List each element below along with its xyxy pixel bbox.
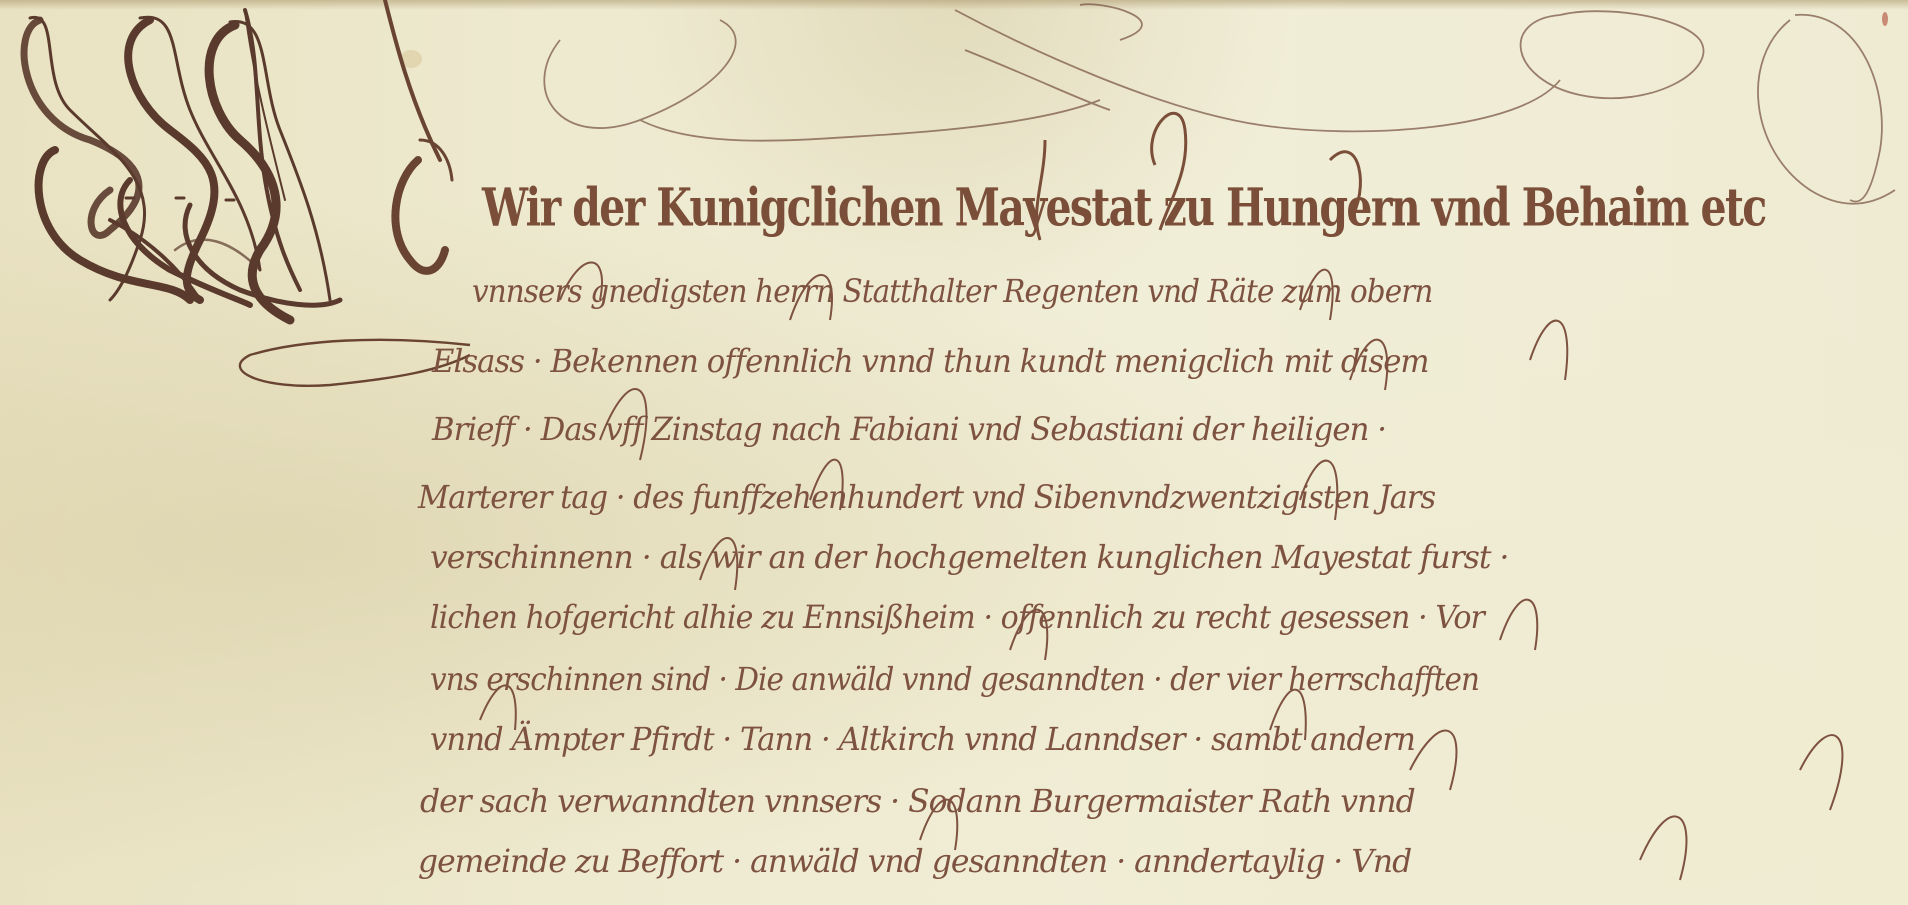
- document-headline: Wir der Kunigclichen Mayestat zu Hungern…: [482, 176, 1766, 238]
- manuscript-line-7: vns erschinnen sind · Die anwäld vnnd ge…: [430, 660, 1479, 698]
- calligraphic-initials-flourish: [0, 0, 1908, 905]
- manuscript-line-10: gemeinde zu Beffort · anwäld vnd gesannd…: [418, 842, 1411, 880]
- manuscript-line-6: lichen hofgericht alhie zu Ennsißheim · …: [430, 598, 1484, 636]
- manuscript-line-5: verschinnenn · als wir an der hochgemelt…: [430, 538, 1508, 576]
- manuscript-line-1: vnnsers gnedigsten herrn Statthalter Reg…: [472, 272, 1432, 310]
- ink-stain: [1882, 12, 1888, 26]
- manuscript-line-9: der sach verwanndten vnnsers · Sodann Bu…: [420, 782, 1415, 820]
- manuscript-line-4: Marterer tag · des funffzehenhundert vnd…: [418, 478, 1435, 516]
- parchment-page: Wir der Kunigclichen Mayestat zu Hungern…: [0, 0, 1908, 905]
- manuscript-line-3: Brieff · Das vff Zinstag nach Fabiani vn…: [432, 410, 1386, 448]
- manuscript-line-8: vnnd Ämpter Pfirdt · Tann · Altkirch vnn…: [430, 720, 1415, 758]
- page-top-edge: [0, 0, 1908, 10]
- manuscript-line-2: Elsass · Bekennen offennlich vnnd thun k…: [432, 342, 1429, 380]
- ink-stain: [400, 50, 422, 68]
